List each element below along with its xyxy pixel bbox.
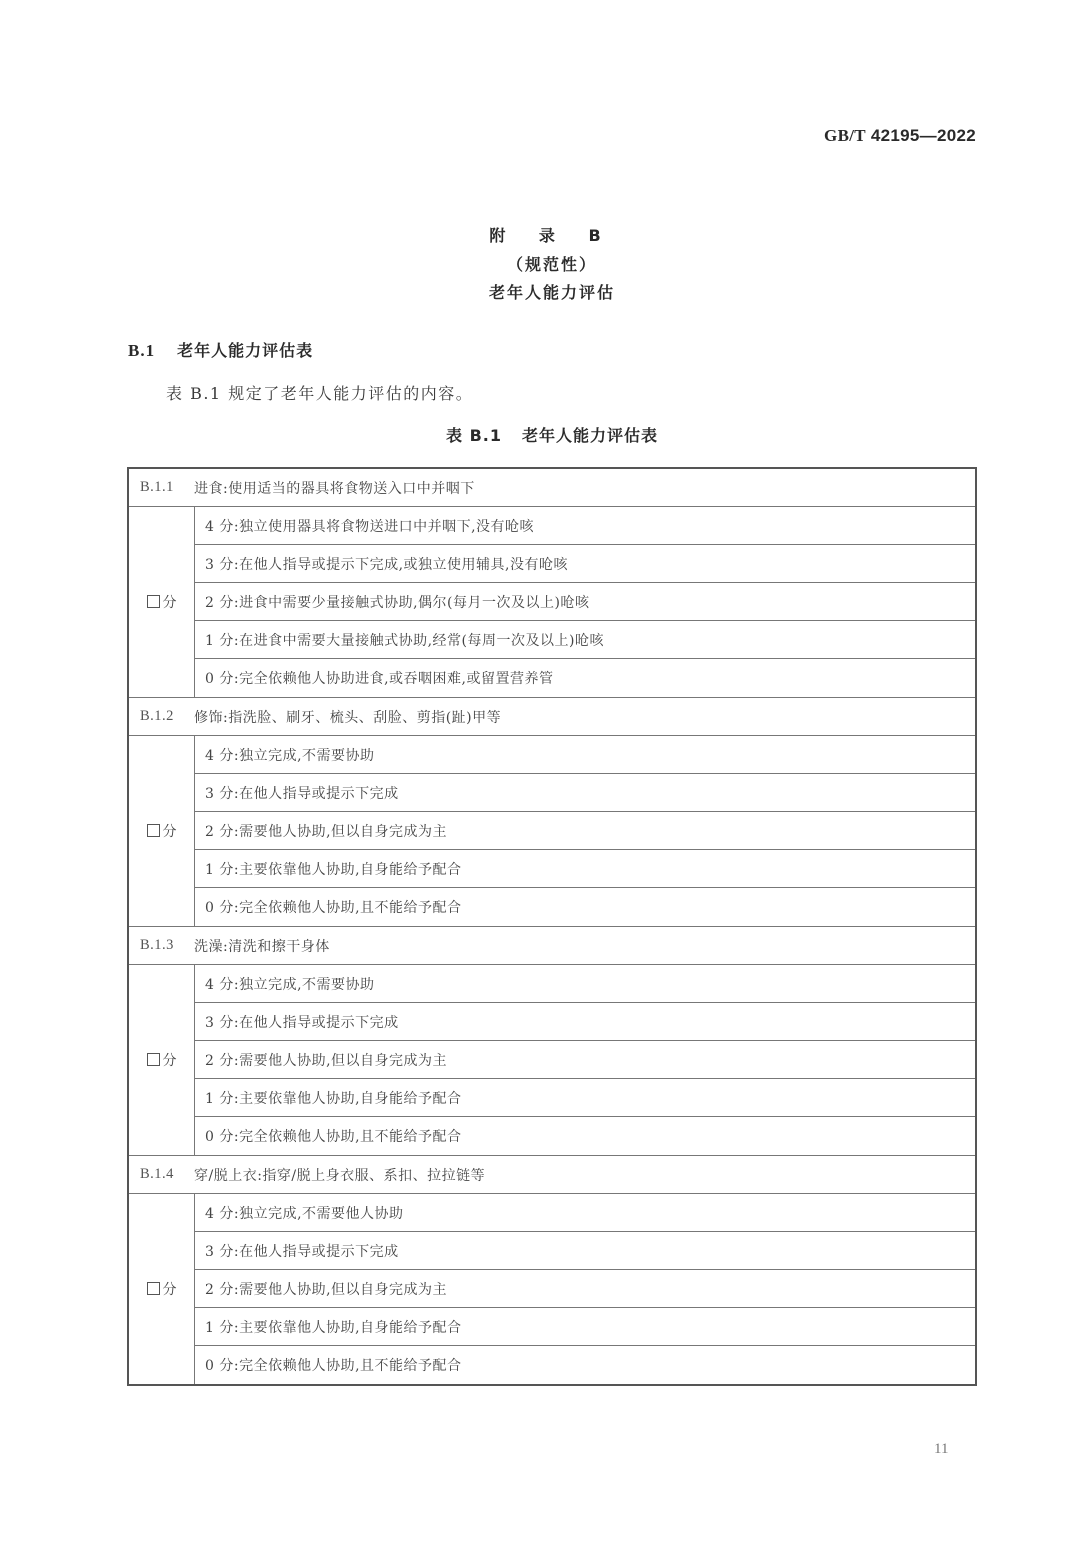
item-body-upper-dressing: 分 4 分:独立完成,不需要他人协助 3 分:在他人指导或提示下完成 2 分:需… — [129, 1194, 975, 1384]
item-code: B.1.3 — [140, 937, 194, 954]
score-field[interactable]: 分 — [129, 507, 195, 697]
option-0: 0 分:完全依赖他人协助,且不能给予配合 — [195, 1117, 975, 1155]
appendix-subtitle: （规范性） — [0, 251, 1080, 280]
page-number: 11 — [934, 1441, 948, 1458]
option-4: 4 分:独立完成,不需要协助 — [195, 965, 975, 1003]
option-list: 4 分:独立完成,不需要他人协助 3 分:在他人指导或提示下完成 2 分:需要他… — [195, 1194, 975, 1384]
option-0: 0 分:完全依赖他人协助进食,或吞咽困难,或留置营养管 — [195, 659, 975, 697]
item-title: 进食:使用适当的器具将食物送入口中并咽下 — [194, 478, 475, 498]
option-4: 4 分:独立完成,不需要协助 — [195, 736, 975, 774]
option-list: 4 分:独立使用器具将食物送进口中并咽下,没有呛咳 3 分:在他人指导或提示下完… — [195, 507, 975, 697]
option-4: 4 分:独立完成,不需要他人协助 — [195, 1194, 975, 1232]
assessment-table: B.1.1 进食:使用适当的器具将食物送入口中并咽下 分 4 分:独立使用器具将… — [127, 467, 977, 1386]
appendix-title: 附 录 B — [0, 222, 1080, 251]
item-title: 洗澡:清洗和擦干身体 — [194, 936, 330, 956]
option-2: 2 分:需要他人协助,但以自身完成为主 — [195, 812, 975, 850]
option-1: 1 分:主要依靠他人协助,自身能给予配合 — [195, 1308, 975, 1346]
item-header-eating: B.1.1 进食:使用适当的器具将食物送入口中并咽下 — [129, 469, 975, 507]
score-checkbox-icon[interactable] — [147, 595, 160, 608]
appendix-name: 老年人能力评估 — [0, 279, 1080, 308]
score-checkbox-icon[interactable] — [147, 824, 160, 837]
option-3: 3 分:在他人指导或提示下完成 — [195, 774, 975, 812]
section-title: 老年人能力评估表 — [177, 341, 313, 360]
item-title: 穿/脱上衣:指穿/脱上身衣服、系扣、拉拉链等 — [194, 1165, 485, 1185]
score-field[interactable]: 分 — [129, 736, 195, 926]
item-title: 修饰:指洗脸、刷牙、梳头、刮脸、剪指(趾)甲等 — [194, 707, 501, 727]
option-2: 2 分:进食中需要少量接触式协助,偶尔(每月一次及以上)呛咳 — [195, 583, 975, 621]
section-heading: B.1老年人能力评估表 — [128, 338, 313, 361]
option-1: 1 分:在进食中需要大量接触式协助,经常(每周一次及以上)呛咳 — [195, 621, 975, 659]
item-code: B.1.2 — [140, 708, 194, 725]
option-list: 4 分:独立完成,不需要协助 3 分:在他人指导或提示下完成 2 分:需要他人协… — [195, 965, 975, 1155]
score-checkbox-icon[interactable] — [147, 1282, 160, 1295]
option-4: 4 分:独立使用器具将食物送进口中并咽下,没有呛咳 — [195, 507, 975, 545]
option-0: 0 分:完全依赖他人协助,且不能给予配合 — [195, 1346, 975, 1384]
standard-code-number: 42195—2022 — [871, 126, 976, 145]
section-number: B.1 — [128, 341, 155, 360]
score-field[interactable]: 分 — [129, 965, 195, 1155]
score-label: 分 — [163, 1050, 177, 1070]
item-code: B.1.4 — [140, 1166, 194, 1183]
standard-code-prefix: GB/T — [824, 126, 866, 145]
appendix-heading: 附 录 B （规范性） 老年人能力评估 — [0, 222, 1080, 308]
option-1: 1 分:主要依靠他人协助,自身能给予配合 — [195, 850, 975, 888]
table-caption-number: 表 B.1 — [446, 426, 502, 445]
option-list: 4 分:独立完成,不需要协助 3 分:在他人指导或提示下完成 2 分:需要他人协… — [195, 736, 975, 926]
item-body-grooming: 分 4 分:独立完成,不需要协助 3 分:在他人指导或提示下完成 2 分:需要他… — [129, 736, 975, 927]
standard-code: GB/T 42195—2022 — [824, 126, 976, 146]
option-0: 0 分:完全依赖他人协助,且不能给予配合 — [195, 888, 975, 926]
score-checkbox-icon[interactable] — [147, 1053, 160, 1066]
option-2: 2 分:需要他人协助,但以自身完成为主 — [195, 1270, 975, 1308]
option-2: 2 分:需要他人协助,但以自身完成为主 — [195, 1041, 975, 1079]
item-body-eating: 分 4 分:独立使用器具将食物送进口中并咽下,没有呛咳 3 分:在他人指导或提示… — [129, 507, 975, 698]
intro-paragraph: 表 B.1 规定了老年人能力评估的内容。 — [166, 381, 473, 404]
score-label: 分 — [163, 1279, 177, 1299]
score-field[interactable]: 分 — [129, 1194, 195, 1384]
table-caption-title: 老年人能力评估表 — [522, 426, 658, 445]
item-code: B.1.1 — [140, 479, 194, 496]
option-1: 1 分:主要依靠他人协助,自身能给予配合 — [195, 1079, 975, 1117]
option-3: 3 分:在他人指导或提示下完成 — [195, 1232, 975, 1270]
table-caption: 表 B.1老年人能力评估表 — [0, 423, 1080, 446]
item-body-bathing: 分 4 分:独立完成,不需要协助 3 分:在他人指导或提示下完成 2 分:需要他… — [129, 965, 975, 1156]
score-label: 分 — [163, 592, 177, 612]
option-3: 3 分:在他人指导或提示下完成 — [195, 1003, 975, 1041]
score-label: 分 — [163, 821, 177, 841]
option-3: 3 分:在他人指导或提示下完成,或独立使用辅具,没有呛咳 — [195, 545, 975, 583]
item-header-upper-dressing: B.1.4 穿/脱上衣:指穿/脱上身衣服、系扣、拉拉链等 — [129, 1156, 975, 1194]
item-header-bathing: B.1.3 洗澡:清洗和擦干身体 — [129, 927, 975, 965]
item-header-grooming: B.1.2 修饰:指洗脸、刷牙、梳头、刮脸、剪指(趾)甲等 — [129, 698, 975, 736]
